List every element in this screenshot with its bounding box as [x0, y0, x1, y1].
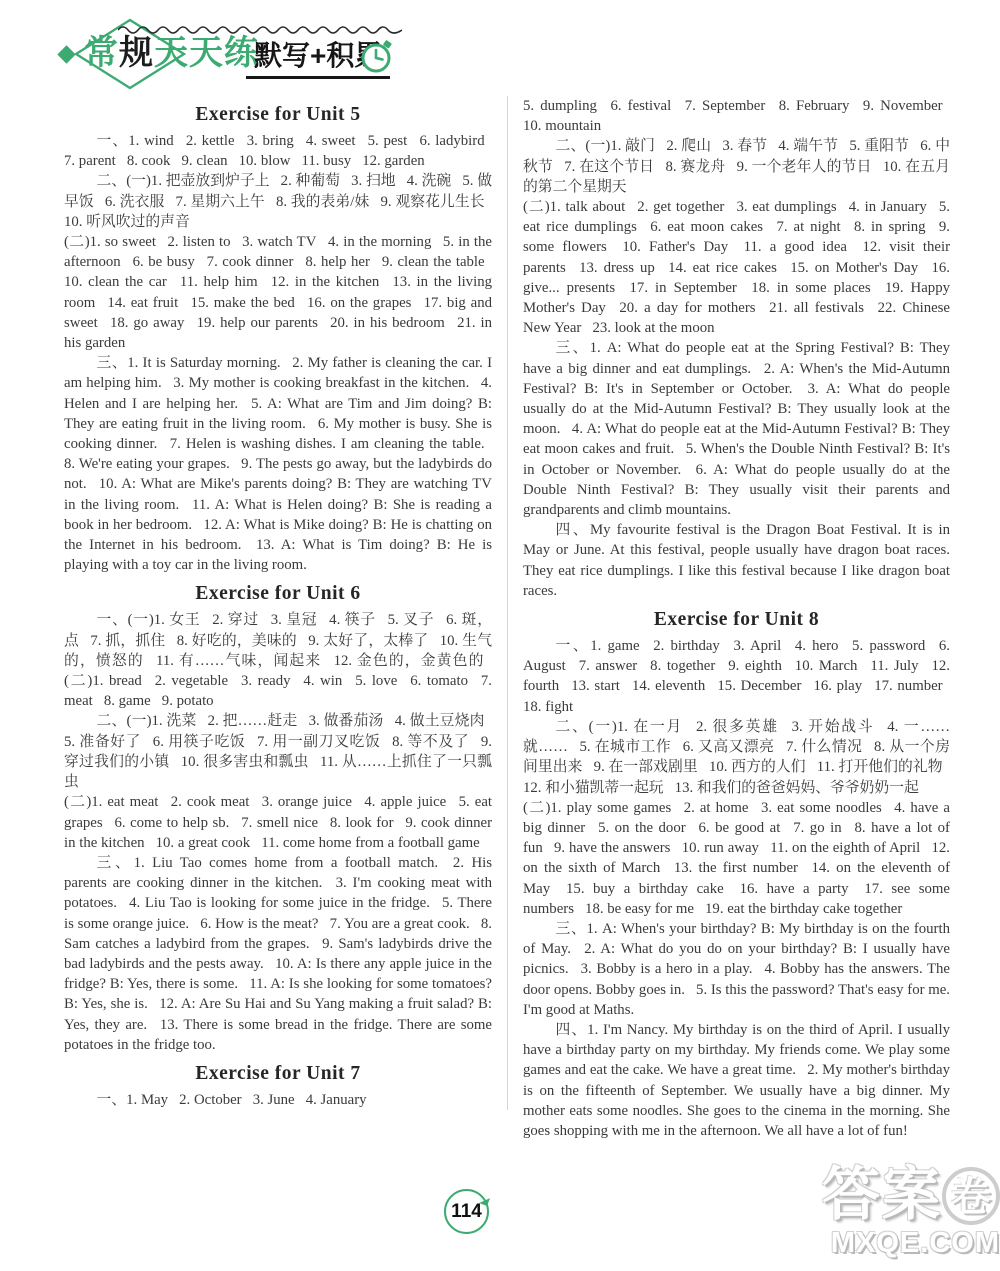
watermark-circled-character: 卷: [942, 1167, 1000, 1225]
site-watermark: 答案卷 MXQE.COM: [740, 1164, 1000, 1258]
right-column: 5. dumpling 6. festival 7. September 8. …: [508, 96, 950, 1141]
unit-heading: Exercise for Unit 7: [64, 1063, 492, 1085]
workbook-answer-page: 常规天天练 默写+积累 Exercise for Unit 5一、1. wind…: [0, 0, 1000, 1271]
answer-paragraph: 一、1. wind 2. kettle 3. bring 4. sweet 5.…: [64, 131, 492, 171]
series-title-part2: 规: [119, 34, 154, 72]
answer-paragraph: 二、(一)1. 洗菜 2. 把……赶走 3. 做番茄汤 4. 做土豆烧肉 5. …: [64, 711, 492, 792]
answer-paragraph: (二)1. so sweet 2. listen to 3. watch TV …: [64, 232, 492, 353]
answer-paragraph: (二)1. play some games 2. at home 3. eat …: [523, 798, 950, 919]
book-series-logo: 常规天天练 默写+积累: [58, 14, 406, 102]
series-title-part3: 天天练: [154, 34, 259, 72]
answer-paragraph: 三、1. Liu Tao comes home from a football …: [64, 853, 492, 1055]
watermark-brand: 答案卷: [740, 1164, 1000, 1226]
answer-paragraph: 二、(一)1. 把壶放到炉子上 2. 种葡萄 3. 扫地 4. 洗碗 5. 做早…: [64, 171, 492, 232]
answer-columns: Exercise for Unit 5一、1. wind 2. kettle 3…: [64, 96, 950, 1141]
answer-paragraph: 二、(一)1. 在一月 2. 很多英雄 3. 开始战斗 4. 一……就…… 5.…: [523, 717, 950, 798]
answer-paragraph: 一、1. game 2. birthday 3. April 4. hero 5…: [523, 636, 950, 717]
left-column: Exercise for Unit 5一、1. wind 2. kettle 3…: [64, 96, 508, 1110]
diamond-bullet-icon: [57, 45, 75, 63]
answer-paragraph: 三、1. A: When's your birthday? B: My birt…: [523, 919, 950, 1020]
page-number: 114: [451, 1201, 482, 1223]
answer-paragraph: 三、1. It is Saturday morning. 2. My fathe…: [64, 353, 492, 575]
unit-heading: Exercise for Unit 5: [64, 104, 492, 126]
answer-paragraph: 三、1. A: What do people eat at the Spring…: [523, 338, 950, 520]
answer-paragraph: 二、(一)1. 敲门 2. 爬山 3. 春节 4. 端午节 5. 重阳节 6. …: [523, 136, 950, 197]
watermark-site-url: MXQE.COM: [740, 1228, 1000, 1258]
answer-paragraph: 5. dumpling 6. festival 7. September 8. …: [523, 96, 950, 136]
series-title-part1: 常: [84, 34, 119, 72]
wavy-line-decoration: [118, 22, 402, 34]
answer-paragraph: (二)1. eat meat 2. cook meat 3. orange ju…: [64, 792, 492, 853]
unit-heading: Exercise for Unit 6: [64, 583, 492, 605]
watermark-brand-text: 答案: [822, 1162, 942, 1227]
answer-paragraph: 四、My favourite festival is the Dragon Bo…: [523, 520, 950, 601]
answer-paragraph: (二)1. talk about 2. get together 3. eat …: [523, 197, 950, 338]
page-number-badge: 114: [444, 1189, 490, 1235]
series-title: 常规天天练: [84, 36, 259, 70]
unit-heading: Exercise for Unit 8: [523, 609, 950, 631]
answer-paragraph: 一、1. May 2. October 3. June 4. January: [64, 1090, 492, 1110]
clock-icon: [358, 38, 394, 74]
answer-paragraph: 一、(一)1. 女王 2. 穿过 3. 皇冠 4. 筷子 5. 叉子 6. 斑，…: [64, 610, 492, 711]
answer-paragraph: 四、1. I'm Nancy. My birthday is on the th…: [523, 1020, 950, 1141]
